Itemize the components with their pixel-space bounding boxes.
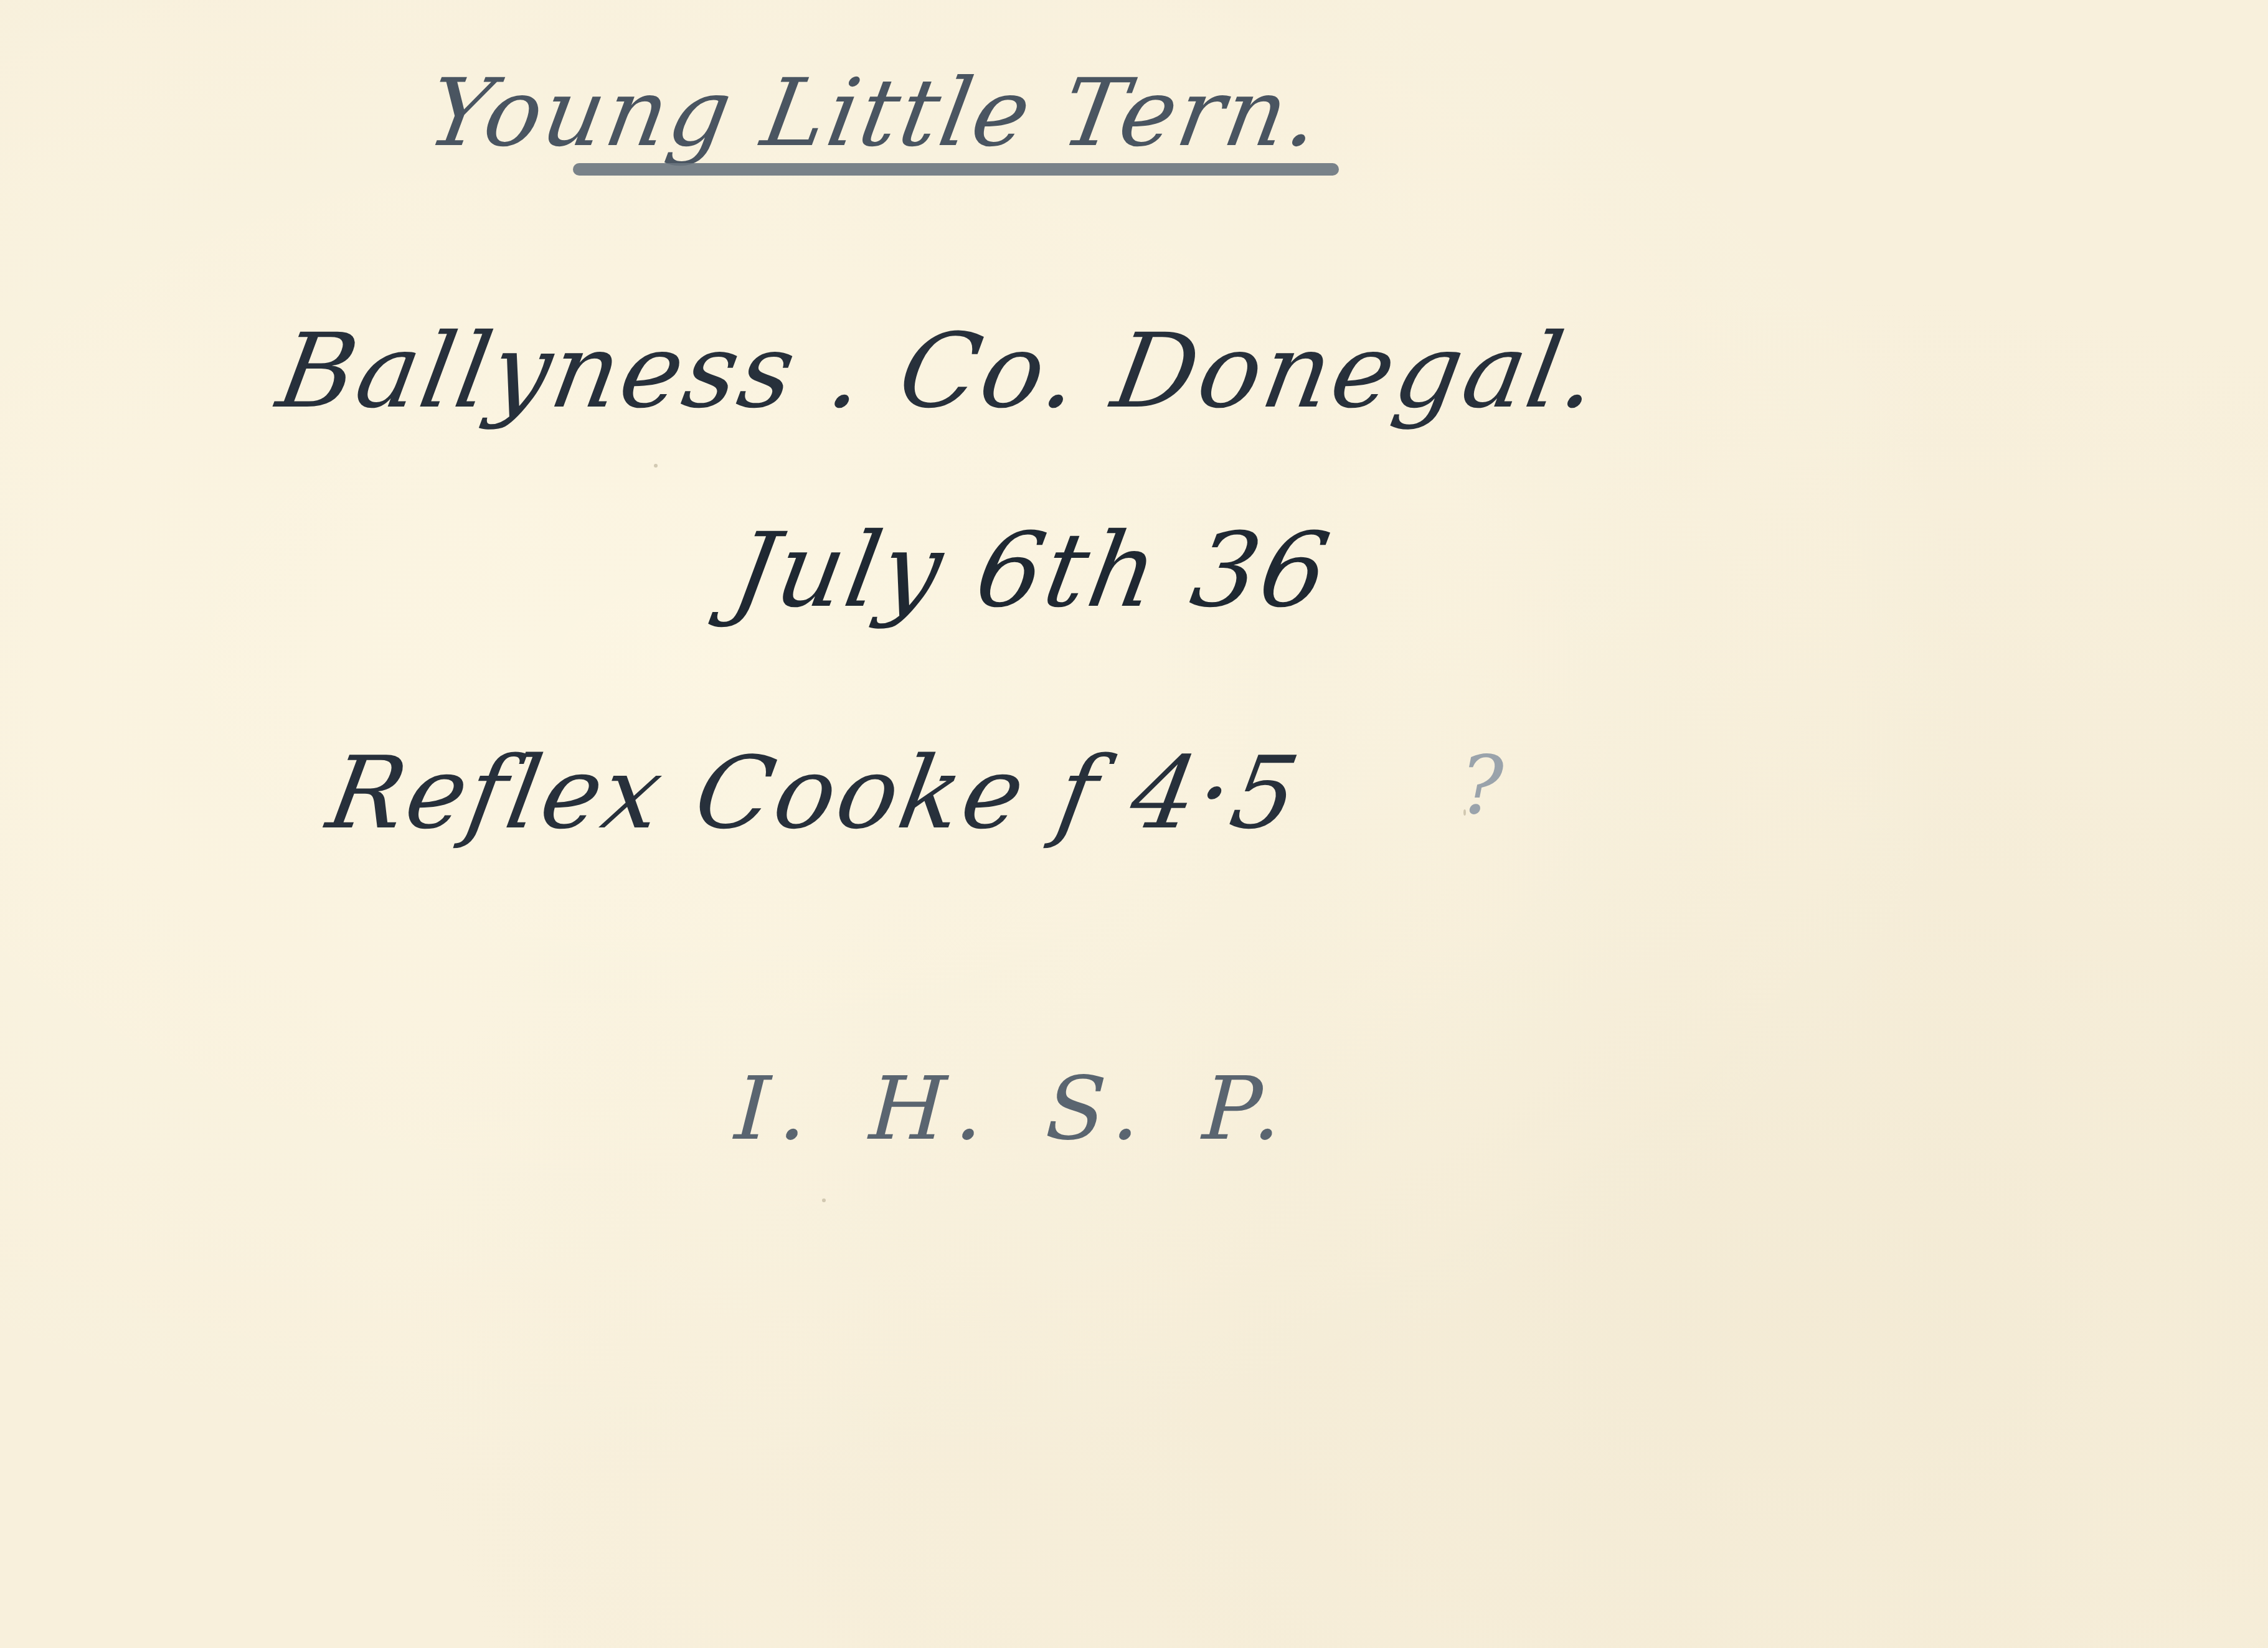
note-query-mark: ?	[1460, 738, 1504, 832]
note-camera-lens: Reflex Cooke f 4·5	[320, 735, 1309, 851]
paper-sheet: Young Little Tern. Ballyness . Co. Doneg…	[0, 0, 2268, 1648]
note-title: Young Little Tern.	[420, 59, 1331, 167]
note-location: Ballyness . Co. Donegal.	[270, 311, 1609, 431]
paper-speck	[822, 1198, 826, 1202]
note-date: July 6th 36	[724, 511, 1340, 630]
note-initials: I. H. S. P.	[722, 1058, 1314, 1160]
title-underline	[573, 163, 1339, 176]
paper-speck	[654, 464, 658, 468]
paper-speck	[1463, 809, 1466, 816]
